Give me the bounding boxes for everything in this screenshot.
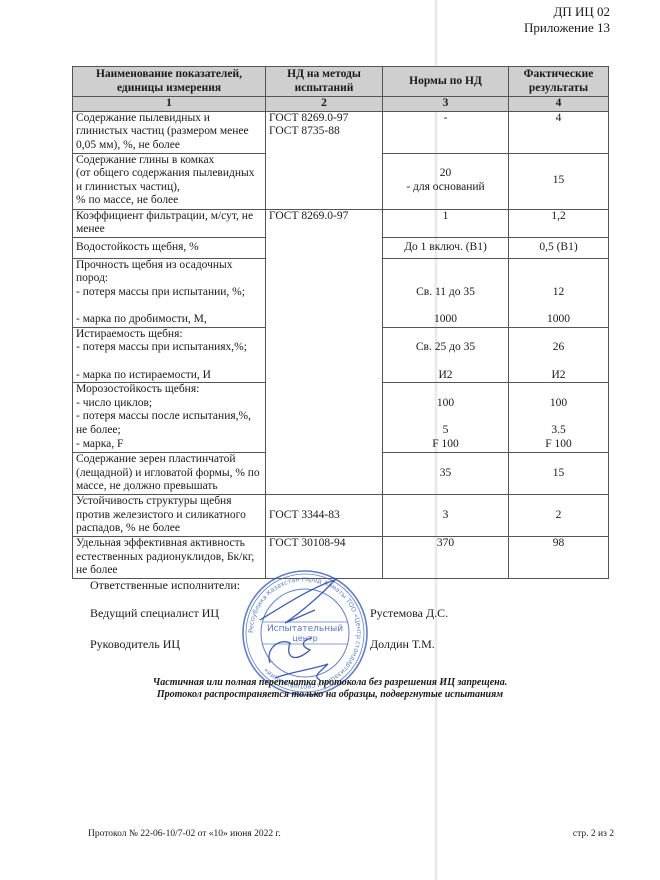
norm-value: - xyxy=(383,111,509,153)
doc-code: ДП ИЦ 02 xyxy=(524,4,610,20)
results-table: Наименование показателей, единицы измере… xyxy=(72,66,609,579)
notice-line: Частичная или полная перепечатка протоко… xyxy=(0,677,660,689)
col-header-result: Фактические результаты xyxy=(509,67,609,97)
indicator-name: Прочность щебня из осадочных пород: - по… xyxy=(73,258,266,327)
col-number: 1 xyxy=(73,97,266,112)
indicator-name: Содержание глины в комках (от общего сод… xyxy=(73,153,266,209)
indicator-name: Коэффициент фильтрации, м/сут, не менее xyxy=(73,209,266,237)
test-method: ГОСТ 8269.0-97 ГОСТ 8735-88 xyxy=(266,111,383,209)
col-number: 3 xyxy=(383,97,509,112)
signer-name: Рустемова Д.С. xyxy=(370,606,448,621)
table-header-row: Наименование показателей, единицы измере… xyxy=(73,67,609,97)
signatures-title: Ответственные исполнители: xyxy=(90,578,240,593)
norm-value: 1 xyxy=(383,209,509,237)
result-value: 1,2 xyxy=(509,209,609,237)
appendix-label: Приложение 13 xyxy=(524,20,610,36)
norm-value: 100 5 F 100 xyxy=(383,383,509,453)
protocol-reference: Протокол № 22-06-10/7-02 от «10» июня 20… xyxy=(88,829,281,839)
table-row: Содержание пылевидных и глинистых частиц… xyxy=(73,111,609,153)
stamp-center-text: Испытательный xyxy=(267,624,343,634)
signer-name: Долдин Т.М. xyxy=(370,637,435,652)
column-number-row: 1 2 3 4 xyxy=(73,97,609,112)
col-number: 2 xyxy=(266,97,383,112)
col-header-method: НД на методы испытаний xyxy=(266,67,383,97)
result-value: 12 1000 xyxy=(509,258,609,327)
copyright-notice: Частичная или полная перепечатка протоко… xyxy=(0,677,660,701)
result-value: 0,5 (В1) xyxy=(509,237,609,258)
indicator-name: Содержание пылевидных и глинистых частиц… xyxy=(73,111,266,153)
result-value: 26 И2 xyxy=(509,327,609,382)
result-value: 4 xyxy=(509,111,609,153)
norm-value: 370 xyxy=(383,537,509,579)
norm-value: 20 - для оснований xyxy=(383,153,509,209)
page-number: стр. 2 из 2 xyxy=(573,829,614,839)
document-header: ДП ИЦ 02 Приложение 13 xyxy=(524,4,610,36)
result-value: 98 xyxy=(509,537,609,579)
indicator-name: Содержание зерен пластинчатой (лещадной)… xyxy=(73,453,266,495)
result-value: 15 xyxy=(509,453,609,495)
result-value: 100 3.5 F 100 xyxy=(509,383,609,453)
norm-value: Св. 11 до 35 1000 xyxy=(383,258,509,327)
test-method: ГОСТ 3344-83 xyxy=(266,495,383,537)
test-method: ГОСТ 8269.0-97 xyxy=(266,209,383,495)
result-value: 15 xyxy=(509,153,609,209)
norm-value: 3 xyxy=(383,495,509,537)
indicator-name: Устойчивость структуры щебня против желе… xyxy=(73,495,266,537)
indicator-name: Морозостойкость щебня: - число циклов; -… xyxy=(73,383,266,453)
table-row: Устойчивость структуры щебня против желе… xyxy=(73,495,609,537)
table-row: Коэффициент фильтрации, м/сут, не менее … xyxy=(73,209,609,237)
norm-value: Св. 25 до 35 И2 xyxy=(383,327,509,382)
col-number: 4 xyxy=(509,97,609,112)
norm-value: 35 xyxy=(383,453,509,495)
col-header-norm: Нормы по НД xyxy=(383,67,509,97)
signer-role: Руководитель ИЦ xyxy=(90,637,180,652)
col-header-indicator: Наименование показателей, единицы измере… xyxy=(73,67,266,97)
result-value: 2 xyxy=(509,495,609,537)
notice-line: Протокол распространяется только на обра… xyxy=(0,689,660,701)
signer-role: Ведущий специалист ИЦ xyxy=(90,606,219,621)
indicator-name: Водостойкость щебня, % xyxy=(73,237,266,258)
indicator-name: Истираемость щебня: - потеря массы при и… xyxy=(73,327,266,382)
indicator-name: Удельная эффективная активность естестве… xyxy=(73,537,266,579)
norm-value: До 1 включ. (В1) xyxy=(383,237,509,258)
